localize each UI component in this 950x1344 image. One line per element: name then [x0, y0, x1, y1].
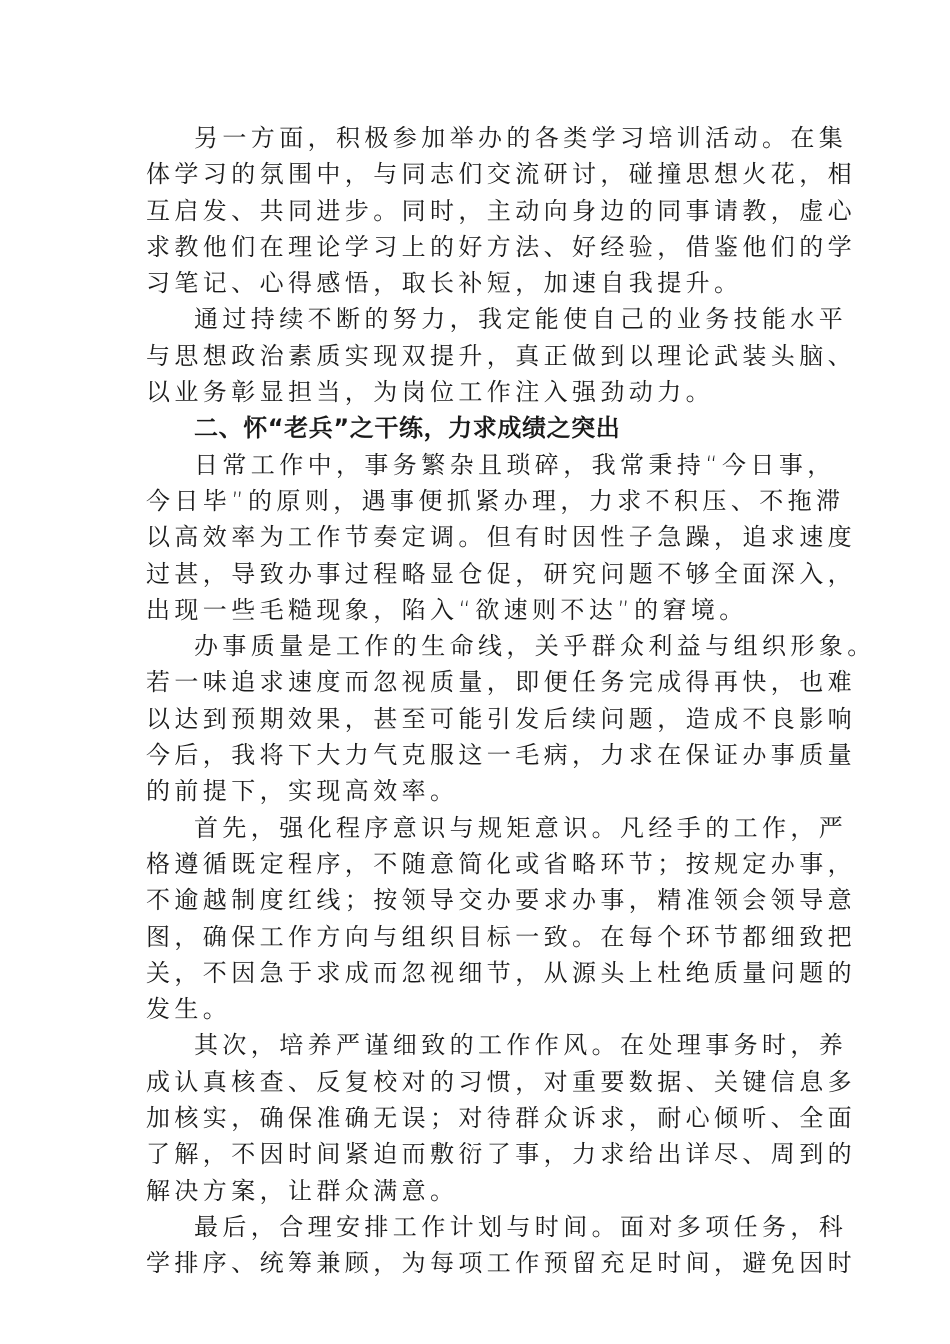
text-line: 习笔记、心得感悟，取长补短，加速自我提升。	[146, 265, 808, 301]
text-line: 过甚，导致办事过程略显仓促，研究问题不够全面深入，	[146, 556, 808, 592]
paragraph: 另一方面，积极参加举办的各类学习培训活动。在集 体学习的氛围中，与同志们交流研讨…	[146, 120, 808, 301]
text-line: 了解，不因时间紧迫而敷衍了事，力求给出详尽、周到的	[146, 1136, 808, 1172]
paragraph: 其次，培养严谨细致的工作作风。在处理事务时，养 成认真核查、反复校对的习惯，对重…	[146, 1027, 808, 1208]
text-line: 以达到预期效果，甚至可能引发后续问题，造成不良影响	[146, 701, 808, 737]
text-line: 与思想政治素质实现双提升，真正做到以理论武装头脑、	[146, 338, 808, 374]
heading-text: 二、怀“老兵”之干练，力求成绩之突出	[146, 410, 808, 446]
text-line: 加核实，确保准确无误；对待群众诉求，耐心倾听、全面	[146, 1100, 808, 1136]
text-line: 以业务彰显担当，为岗位工作注入强劲动力。	[146, 374, 808, 410]
paragraph: 最后，合理安排工作计划与时间。面对多项任务，科 学排序、统筹兼顾，为每项工作预留…	[146, 1209, 808, 1282]
text-line: 办事质量是工作的生命线，关乎群众利益与组织形象。	[146, 628, 808, 664]
text-line: 日常工作中，事务繁杂且琐碎，我常秉持“今日事，	[146, 447, 808, 483]
section-heading: 二、怀“老兵”之干练，力求成绩之突出	[146, 410, 808, 446]
paragraph: 首先，强化程序意识与规矩意识。凡经手的工作，严 格遵循既定程序，不随意简化或省略…	[146, 810, 808, 1028]
paragraph: 日常工作中，事务繁杂且琐碎，我常秉持“今日事， 今日毕”的原则，遇事便抓紧办理，…	[146, 447, 808, 628]
document-page: 另一方面，积极参加举办的各类学习培训活动。在集 体学习的氛围中，与同志们交流研讨…	[146, 120, 808, 1282]
text-line: 图，确保工作方向与组织目标一致。在每个环节都细致把	[146, 919, 808, 955]
text-line: 通过持续不断的努力，我定能使自己的业务技能水平	[146, 301, 808, 337]
text-line: 解决方案，让群众满意。	[146, 1173, 808, 1209]
text-line: 成认真核查、反复校对的习惯，对重要数据、关键信息多	[146, 1064, 808, 1100]
text-line: 互启发、共同进步。同时，主动向身边的同事请教，虚心	[146, 193, 808, 229]
text-line: 以高效率为工作节奏定调。但有时因性子急躁，追求速度	[146, 519, 808, 555]
text-line: 体学习的氛围中，与同志们交流研讨，碰撞思想火花，相	[146, 156, 808, 192]
text-line: 今后，我将下大力气克服这一毛病，力求在保证办事质量	[146, 737, 808, 773]
text-line: 最后，合理安排工作计划与时间。面对多项任务，科	[146, 1209, 808, 1245]
text-line: 其次，培养严谨细致的工作作风。在处理事务时，养	[146, 1027, 808, 1063]
text-line: 今日毕”的原则，遇事便抓紧办理，力求不积压、不拖滞	[146, 483, 808, 519]
text-line: 学排序、统筹兼顾，为每项工作预留充足时间，避免因时	[146, 1245, 808, 1281]
text-line: 不逾越制度红线；按领导交办要求办事，精准领会领导意	[146, 882, 808, 918]
text-line: 的前提下，实现高效率。	[146, 773, 808, 809]
text-line: 出现一些毛糙现象，陷入“欲速则不达”的窘境。	[146, 592, 808, 628]
text-line: 求教他们在理论学习上的好方法、好经验，借鉴他们的学	[146, 229, 808, 265]
text-line: 另一方面，积极参加举办的各类学习培训活动。在集	[146, 120, 808, 156]
text-line: 发生。	[146, 991, 808, 1027]
text-line: 首先，强化程序意识与规矩意识。凡经手的工作，严	[146, 810, 808, 846]
text-line: 格遵循既定程序，不随意简化或省略环节；按规定办事，	[146, 846, 808, 882]
text-line: 关，不因急于求成而忽视细节，从源头上杜绝质量问题的	[146, 955, 808, 991]
text-line: 若一味追求速度而忽视质量，即便任务完成得再快，也难	[146, 664, 808, 700]
paragraph: 办事质量是工作的生命线，关乎群众利益与组织形象。 若一味追求速度而忽视质量，即便…	[146, 628, 808, 809]
paragraph: 通过持续不断的努力，我定能使自己的业务技能水平 与思想政治素质实现双提升，真正做…	[146, 301, 808, 410]
